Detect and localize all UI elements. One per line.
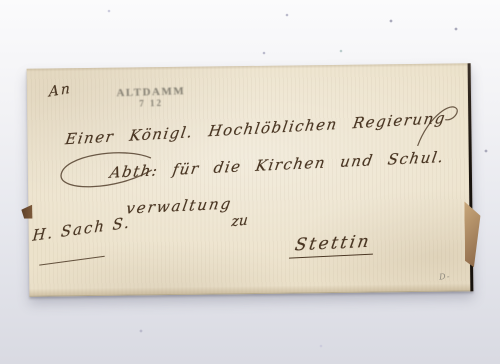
clerk-note-underline — [39, 256, 105, 266]
folded-letter-cover: An ALTDAMM 7 12 Einer Königl. Hochlöblic… — [27, 63, 474, 296]
address-line-regierung: Einer Königl. Hochlöblichen Regierung — [64, 109, 447, 148]
address-destination-stettin: Stettin — [289, 231, 377, 258]
dust-specks — [0, 0, 2, 2]
clerk-frank-note: H. Sach S. — [32, 213, 132, 245]
pencil-collector-mark: D- — [439, 272, 451, 282]
paper-top-edge — [27, 63, 471, 71]
paper-flap-left — [21, 205, 32, 219]
postmark-stamp: ALTDAMM 7 12 — [111, 86, 192, 109]
photograph-background: An ALTDAMM 7 12 Einer Königl. Hochlöblic… — [0, 0, 500, 364]
handwritten-an: An — [49, 80, 72, 100]
paper-fold-bottom-edge — [29, 283, 473, 296]
address-line-abtheilung: Abth: für die Kirchen und Schul. — [108, 148, 446, 182]
address-line-verwaltung: verwaltung — [125, 194, 234, 217]
address-preposition-zu: zu — [231, 212, 249, 230]
paper-flap-right — [464, 201, 481, 267]
